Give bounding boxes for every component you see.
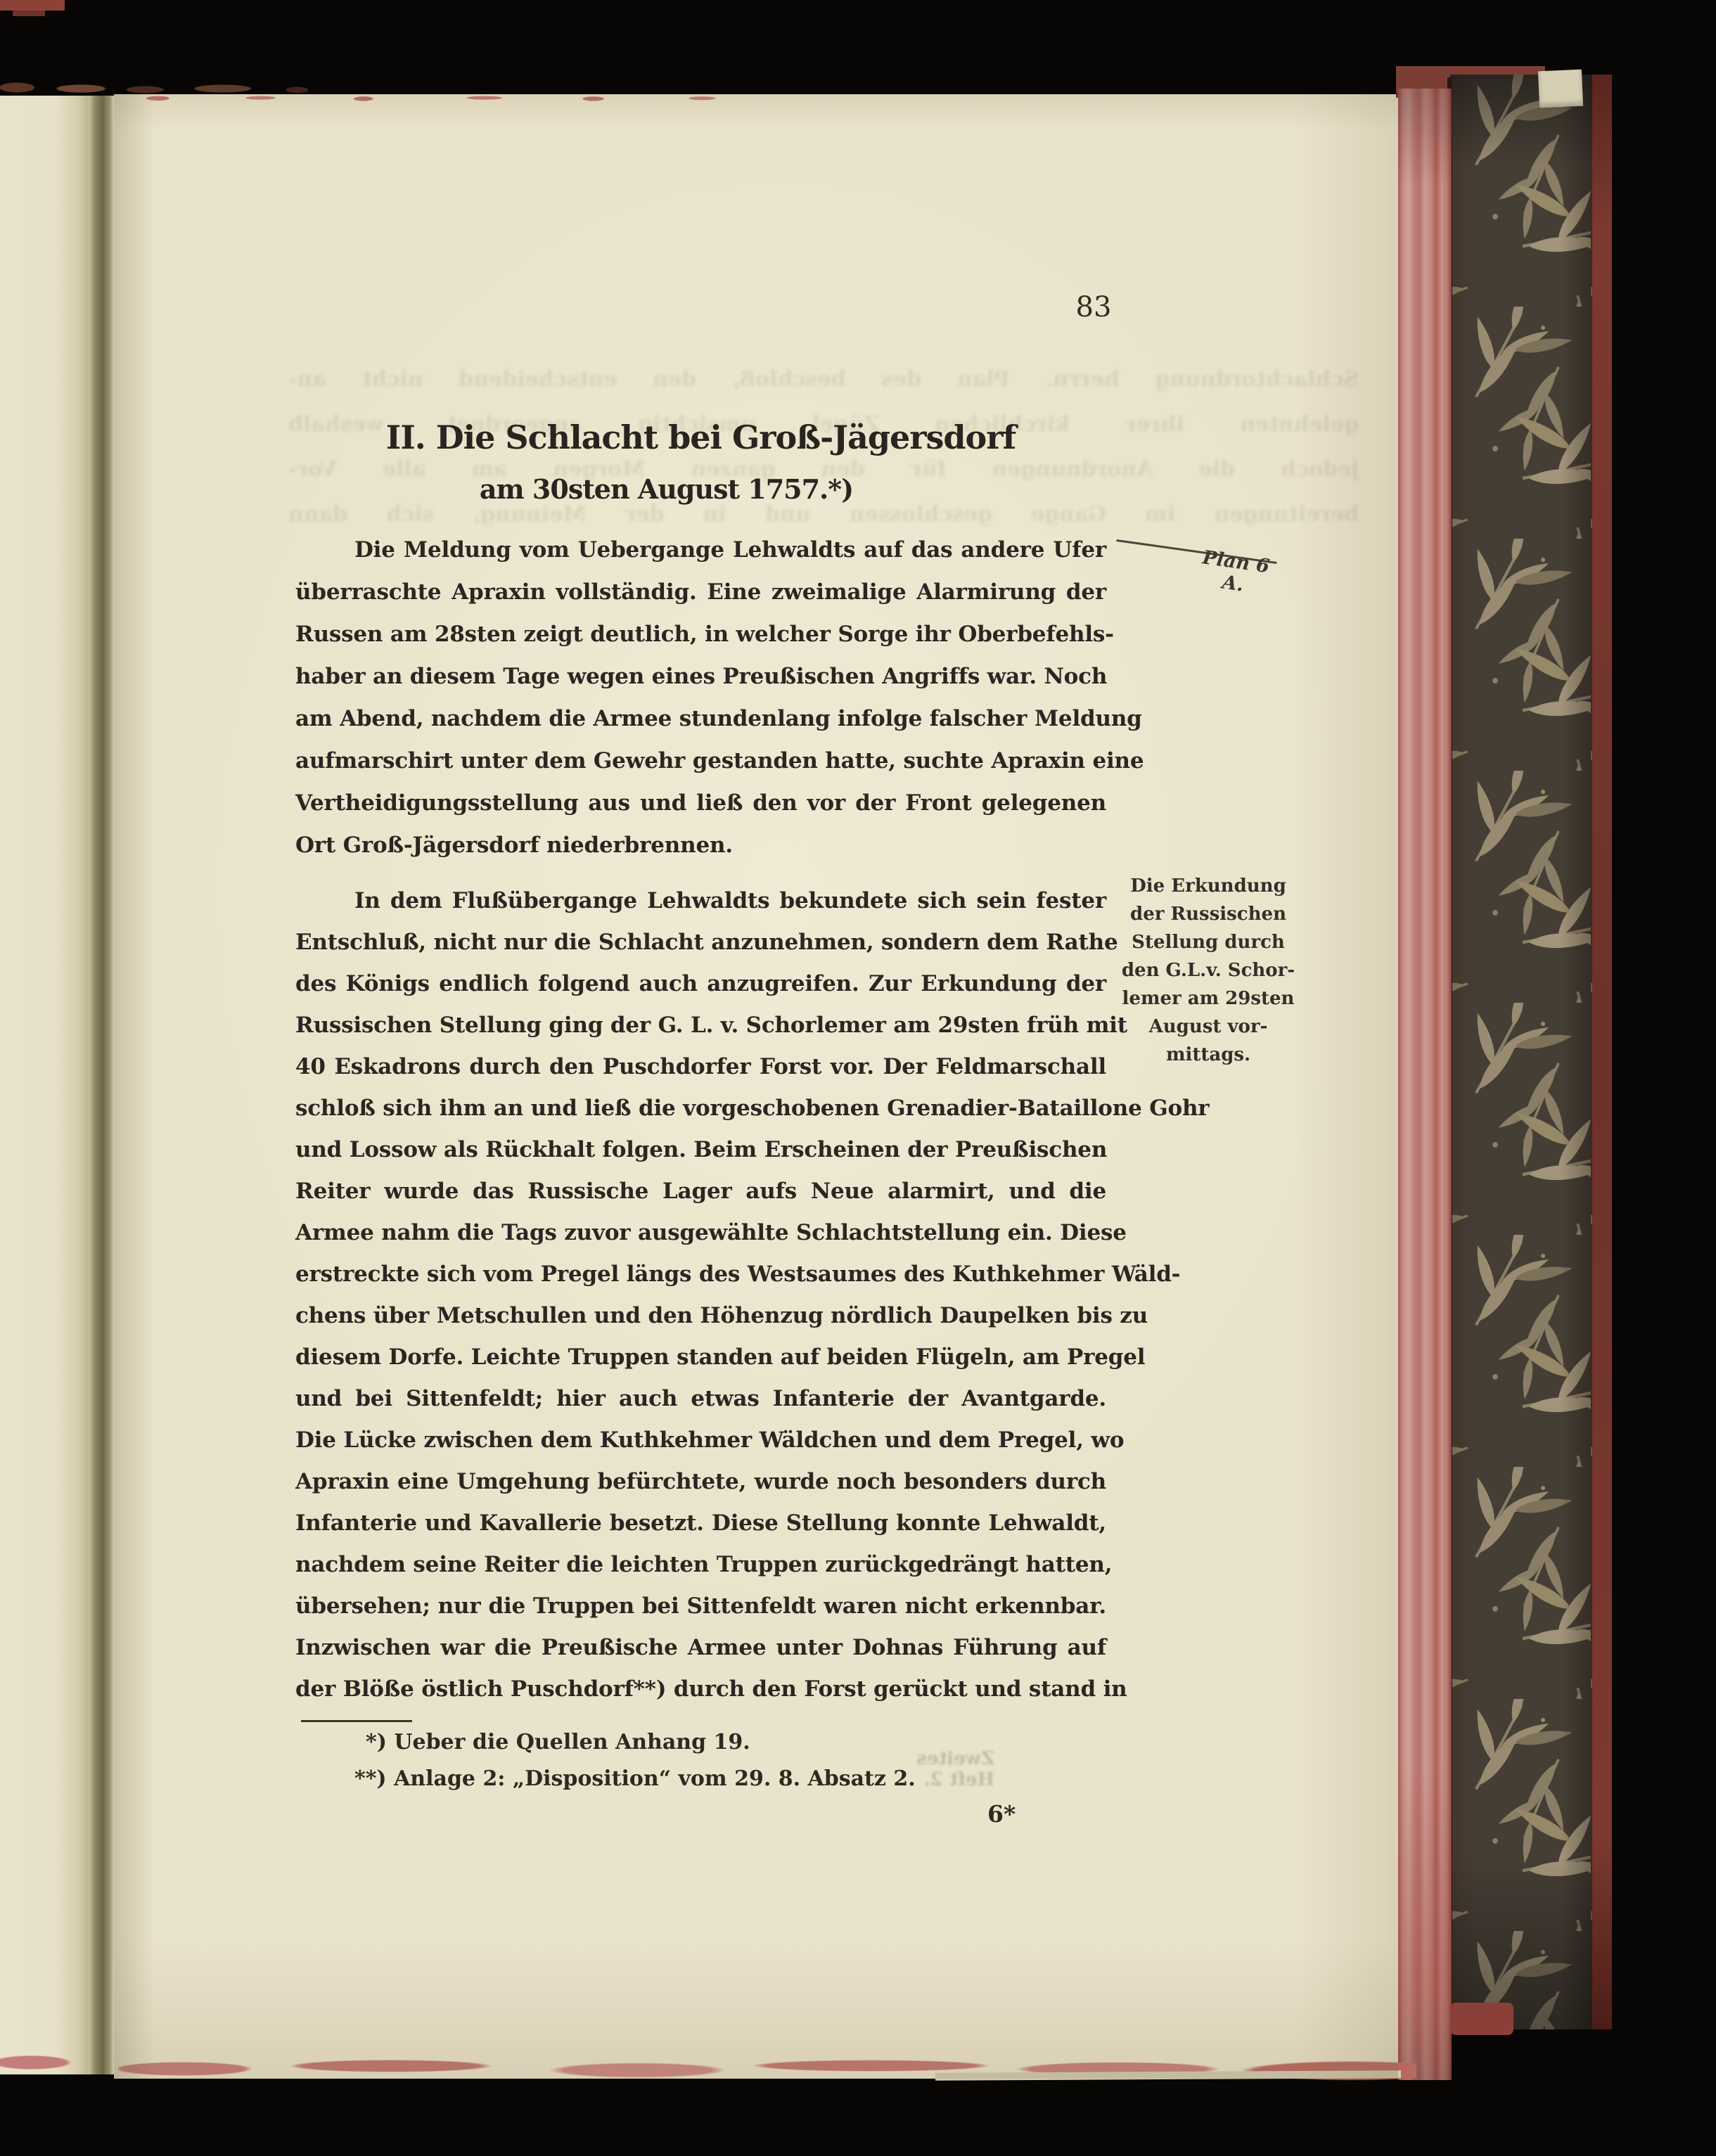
text-line: Infanterie und Kavallerie besetzt. Diese…	[295, 1503, 1106, 1544]
margin-note-line: Die Erkundung	[1120, 872, 1297, 900]
text-line: Ort Groß-Jägersdorf niederbrennen.	[295, 824, 1106, 866]
text-line: Russischen Stellung ging der G. L. v. Sc…	[295, 1005, 1106, 1046]
margin-note-line: der Russischen	[1120, 900, 1297, 928]
floral-endpaper	[1450, 75, 1592, 2029]
chapter-heading-line1: II. Die Schlacht bei Groß-Jägersdorf	[295, 418, 1106, 456]
facing-page-red-corner	[0, 2051, 79, 2074]
endpaper-leaf-pattern	[1450, 75, 1592, 2029]
chapter-heading-line2: am 30sten August 1757.*)	[261, 473, 1072, 506]
text-line: überraschte Apraxin vollständig. Eine zw…	[295, 571, 1106, 613]
margin-note-line: Stellung durch	[1120, 928, 1297, 956]
text-line: der Blöße östlich Puschdorf**) durch den…	[295, 1669, 1106, 1710]
gutter-shadow	[89, 96, 114, 2074]
ghost-line: Schlachtordnung herrn. Plan des beschloß…	[288, 357, 1359, 402]
red-fore-edge	[1398, 89, 1452, 2080]
text-line: diesem Dorfe. Leichte Truppen standen au…	[295, 1337, 1106, 1378]
text-line: schloß sich ihm an und ließ die vorgesch…	[295, 1088, 1106, 1129]
page-number: 83	[1068, 291, 1120, 323]
text-line: übersehen; nur die Truppen bei Sittenfel…	[295, 1586, 1106, 1627]
footnote-2: **) Anlage 2: „Disposition“ vom 29. 8. A…	[354, 1766, 916, 1791]
cover-board-edge	[1592, 75, 1612, 2029]
margin-note-erkundung: Die Erkundungder RussischenStellung durc…	[1120, 872, 1297, 1069]
text-line: 40 Eskadrons durch den Puschdorfer Forst…	[295, 1046, 1106, 1088]
text-line: nachdem seine Reiter die leichten Truppe…	[295, 1544, 1106, 1586]
margin-note-line: lemer am 29sten	[1120, 984, 1297, 1013]
margin-note-line: mittags.	[1120, 1041, 1297, 1069]
text-line: Apraxin eine Umgehung befürchtete, wurde…	[295, 1461, 1106, 1503]
margin-note-line: August vor-	[1120, 1013, 1297, 1041]
text-line: und Lossow als Rückhalt folgen. Beim Ers…	[295, 1129, 1106, 1171]
text-line: Russen am 28sten zeigt deutlich, in welc…	[295, 613, 1106, 655]
text-line: Die Meldung vom Uebergange Lehwaldts auf…	[295, 529, 1106, 571]
body-paragraph-2: In dem Flußübergange Lehwaldts bekundete…	[295, 880, 1106, 1710]
text-line: und bei Sittenfeldt; hier auch etwas Inf…	[295, 1378, 1106, 1420]
text-line: Die Lücke zwischen dem Kuthkehmer Wäldch…	[295, 1420, 1106, 1461]
text-line: In dem Flußübergange Lehwaldts bekundete…	[295, 880, 1106, 922]
body-paragraph-1: Die Meldung vom Uebergange Lehwaldts auf…	[295, 529, 1106, 866]
margin-note-line: den G.L.v. Schor-	[1120, 956, 1297, 984]
red-edge-top-left-detail	[13, 11, 45, 16]
text-line: Armee nahm die Tags zuvor ausgewählte Sc…	[295, 1212, 1106, 1254]
page-marker-tab	[1538, 70, 1583, 108]
footnote-1: *) Ueber die Quellen Anhang 19.	[366, 1730, 750, 1754]
text-line: aufmarschirt unter dem Gewehr gestanden …	[295, 740, 1106, 782]
red-edge-top-left	[0, 0, 65, 11]
facing-page-edge	[0, 96, 89, 2074]
text-line: Entschluß, nicht nur die Schlacht anzune…	[295, 922, 1106, 963]
signature-mark: 6*	[987, 1800, 1016, 1828]
text-line: Reiter wurde das Russische Lager aufs Ne…	[295, 1171, 1106, 1212]
text-line: chens über Metschullen und den Höhenzug …	[295, 1295, 1106, 1337]
text-line: am Abend, nachdem die Armee stundenlang …	[295, 698, 1106, 740]
text-line: erstreckte sich vom Pregel längs des Wes…	[295, 1254, 1106, 1295]
footnote-rule	[301, 1720, 412, 1722]
text-line: haber an diesem Tage wegen eines Preußis…	[295, 655, 1106, 698]
next-page-sliver	[935, 2070, 1401, 2080]
text-line: Vertheidigungsstellung aus und ließ den …	[295, 782, 1106, 824]
text-line: des Königs endlich folgend auch anzugrei…	[295, 963, 1106, 1005]
book-photo: Schlachtordnung herrn. Plan des beschloß…	[0, 0, 1716, 2156]
text-line: Inzwischen war die Preußische Armee unte…	[295, 1627, 1106, 1669]
cover-bottom-red-edge	[1450, 2003, 1513, 2035]
